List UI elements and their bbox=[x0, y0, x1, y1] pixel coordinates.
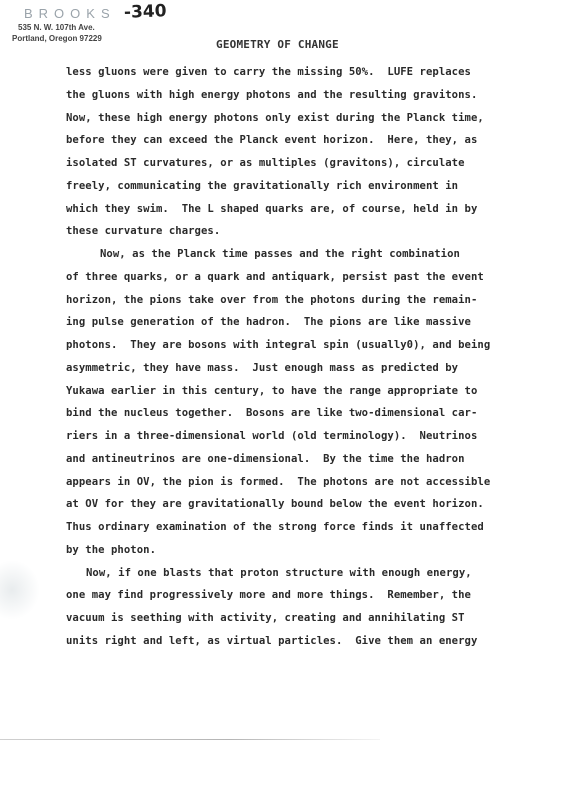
text-line: photons. They are bosons with integral s… bbox=[66, 334, 566, 357]
text-line: of three quarks, or a quark and antiquar… bbox=[66, 266, 566, 289]
document-title: GEOMETRY OF CHANGE bbox=[216, 38, 339, 51]
text-line: at OV for they are gravitationally bound… bbox=[66, 493, 566, 516]
text-line: which they swim. The L shaped quarks are… bbox=[66, 198, 566, 221]
text-line: Now, if one blasts that proton structure… bbox=[66, 562, 566, 585]
text-line: freely, communicating the gravitationall… bbox=[66, 175, 566, 198]
text-line: by the photon. bbox=[66, 539, 566, 562]
page-edge-line bbox=[0, 739, 380, 740]
letterhead-name: BROOKS bbox=[24, 6, 116, 21]
text-line: bind the nucleus together. Bosons are li… bbox=[66, 402, 566, 425]
text-line: before they can exceed the Planck event … bbox=[66, 129, 566, 152]
text-line: Now, these high energy photons only exis… bbox=[66, 107, 566, 130]
text-line: the gluons with high energy photons and … bbox=[66, 84, 566, 107]
text-line: ing pulse generation of the hadron. The … bbox=[66, 311, 566, 334]
text-line: and antineutrinos are one-dimensional. B… bbox=[66, 448, 566, 471]
text-line: isolated ST curvatures, or as multiples … bbox=[66, 152, 566, 175]
text-line: one may find progressively more and more… bbox=[66, 584, 566, 607]
text-line: Now, as the Planck time passes and the r… bbox=[66, 243, 566, 266]
text-line: Thus ordinary examination of the strong … bbox=[66, 516, 566, 539]
handwritten-page-note: -340 bbox=[124, 1, 167, 22]
text-line: asymmetric, they have mass. Just enough … bbox=[66, 357, 566, 380]
text-line: units right and left, as virtual particl… bbox=[66, 630, 566, 653]
letterhead-address-city: Portland, Oregon 97229 bbox=[12, 34, 102, 43]
scan-smudge bbox=[0, 560, 40, 620]
text-line: horizon, the pions take over from the ph… bbox=[66, 289, 566, 312]
text-line: Yukawa earlier in this century, to have … bbox=[66, 380, 566, 403]
text-line: appears in OV, the pion is formed. The p… bbox=[66, 471, 566, 494]
document-body: less gluons were given to carry the miss… bbox=[66, 61, 566, 653]
text-line: these curvature charges. bbox=[66, 220, 566, 243]
text-line: riers in a three-dimensional world (old … bbox=[66, 425, 566, 448]
letterhead-address-street: 535 N. W. 107th Ave. bbox=[18, 23, 95, 32]
text-line: vacuum is seething with activity, creati… bbox=[66, 607, 566, 630]
text-line: less gluons were given to carry the miss… bbox=[66, 61, 566, 84]
